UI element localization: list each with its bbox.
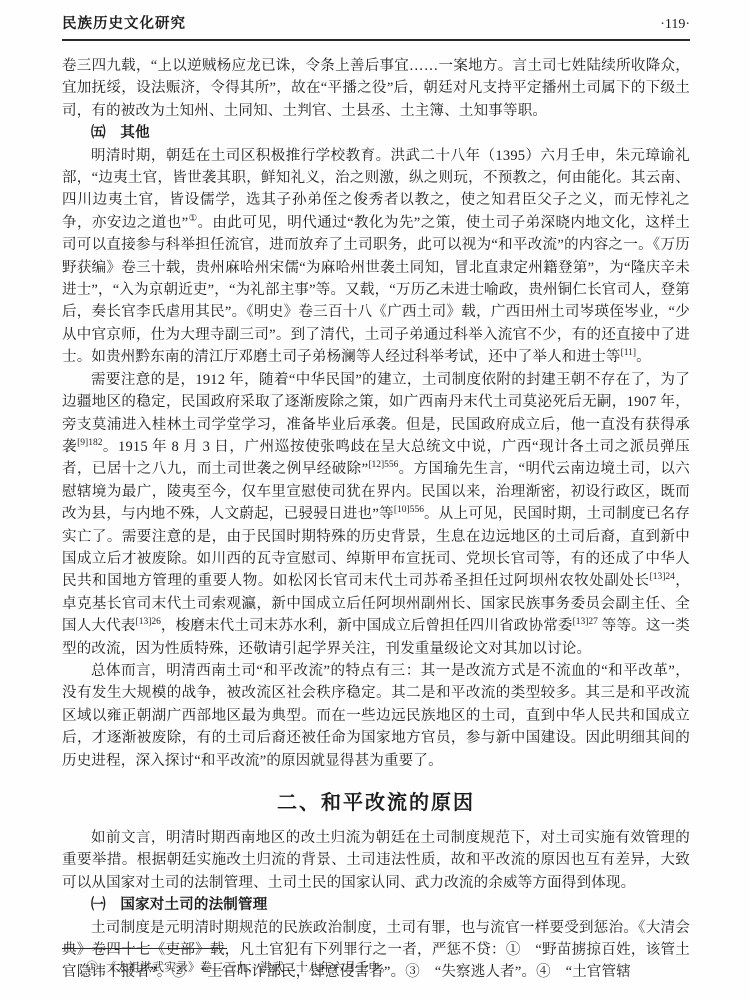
paragraph: 如前文言，明清时期西南地区的改土归流为朝廷在土司制度规范下，对土司实施有效管理的… bbox=[62, 827, 690, 894]
section-heading: 二、和平改流的原因 bbox=[62, 786, 690, 815]
page-content: 民族历史文化研究 ·119· 卷三四九载，“上以逆贼杨应龙已诛，令条上善后事宜…… bbox=[62, 12, 690, 984]
footnote-text: ① 《太祖洪武实录》卷二三九，洪武二十八年六月壬申。 bbox=[62, 959, 690, 975]
citation-marker: [12]556 bbox=[368, 460, 398, 470]
paragraph: 明清时期，朝廷在土司区积极推行学校教育。洪武二十八年（1395）六月壬申，朱元璋… bbox=[62, 145, 690, 369]
citation-marker: [10]556 bbox=[394, 505, 424, 515]
running-head: 民族历史文化研究 ·119· bbox=[62, 12, 690, 39]
footnote-rule bbox=[62, 948, 227, 949]
page-number: ·119· bbox=[660, 17, 690, 33]
subsection-heading: ㈤ 其他 bbox=[62, 122, 690, 144]
paragraph: 需要注意的是，1912 年，随着“中华民国”的建立，土司制度依附的封建王朝不存在… bbox=[62, 369, 690, 660]
citation-marker: [9]182 bbox=[77, 438, 102, 448]
citation-marker: [13]27 bbox=[573, 617, 598, 627]
subsection-heading: ㈠ 国家对土司的法制管理 bbox=[62, 894, 690, 916]
paragraph: 总体而言，明清西南土司“和平改流”的特点有三：其一是改流方式是不流血的“和平改革… bbox=[62, 660, 690, 772]
header-rule bbox=[62, 39, 690, 41]
citation-marker: [13]26 bbox=[136, 617, 161, 627]
paragraph: 卷三四九载，“上以逆贼杨应龙已诛，令条上善后事宜……一案地方。言土司七姓陆续所收… bbox=[62, 55, 690, 122]
journal-title: 民族历史文化研究 bbox=[62, 12, 186, 33]
citation-marker: ① bbox=[188, 214, 197, 224]
citation-marker: [13]24 bbox=[650, 573, 675, 583]
article-body: 卷三四九载，“上以逆贼杨应龙已诛，令条上善后事宜……一案地方。言土司七姓陆续所收… bbox=[62, 55, 690, 984]
citation-marker: [11] bbox=[621, 348, 636, 358]
document-page: 民族历史文化研究 ·119· 卷三四九载，“上以逆贼杨应龙已诛，令条上善后事宜…… bbox=[0, 0, 750, 1000]
footnote-area: ① 《太祖洪武实录》卷二三九，洪武二十八年六月壬申。 bbox=[62, 948, 690, 975]
